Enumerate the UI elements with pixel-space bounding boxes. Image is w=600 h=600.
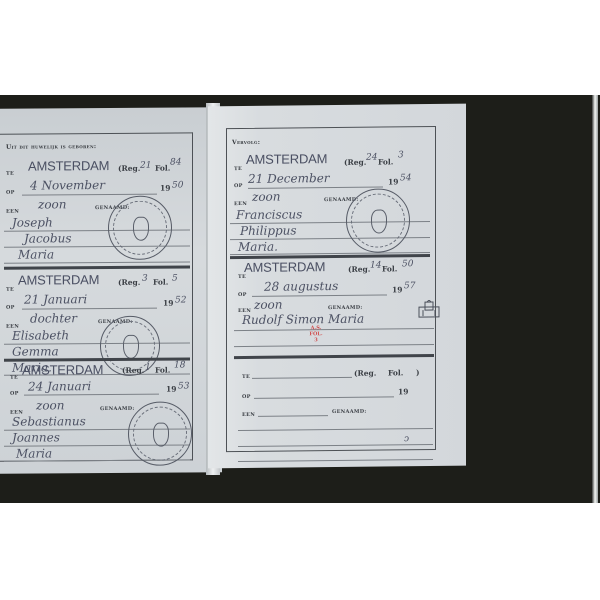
given-name-1: Joseph — [12, 215, 53, 229]
civil-registry-stamp — [128, 401, 192, 465]
red-stamp-line-2: FOL. 3 — [308, 331, 324, 343]
birth-date: 21 Januari — [24, 292, 87, 306]
given-name-1: Elisabeth — [12, 328, 69, 342]
city: AMSTERDAM — [22, 362, 103, 378]
op-label: OP — [6, 305, 15, 311]
fol-label: Fol. — [155, 366, 170, 375]
left-page: Uit dit huwelijk is geboren: TE AMSTERDA… — [0, 107, 222, 474]
genaamd-label: GENAAMD: — [328, 305, 363, 311]
fol-label: Fol. — [388, 368, 403, 377]
reg-number: 21 — [140, 161, 151, 171]
pencil-mark: ↄ — [404, 434, 409, 444]
year: 54 — [400, 173, 411, 183]
op-label: OP — [6, 190, 15, 196]
city: AMSTERDAM — [18, 272, 99, 288]
fol-number: 84 — [170, 158, 181, 168]
reg-label: (Reg. — [348, 265, 370, 274]
crest-icon — [123, 335, 139, 359]
genaamd-label: GENAAMD: — [332, 409, 367, 415]
year: 53 — [178, 381, 189, 391]
given-name-2: Jacobus — [24, 231, 71, 245]
city: AMSTERDAM — [244, 259, 325, 275]
reg-label: (Reg. — [344, 158, 366, 167]
year-prefix: 19 — [398, 387, 408, 396]
given-name-2: Philippus — [240, 223, 297, 238]
te-label: TE — [10, 375, 18, 381]
year-prefix: 19 — [388, 177, 398, 186]
fol-label: Fol. — [378, 157, 393, 166]
reg-label: (Reg. — [118, 164, 140, 173]
te-label: TE — [6, 287, 14, 293]
reg-number: 3 — [142, 274, 148, 284]
sex: zoon — [252, 190, 281, 204]
given-name-2: Joannes — [12, 430, 60, 444]
given-name-2: Gemma — [12, 344, 59, 358]
reg-number: 14 — [370, 261, 381, 271]
te-label: TE — [242, 374, 250, 380]
birth-date: 24 Januari — [28, 379, 91, 393]
year-prefix: 19 — [166, 385, 176, 394]
year: 57 — [404, 281, 415, 291]
left-page-header: Uit dit huwelijk is geboren: — [6, 143, 96, 151]
sex: dochter — [30, 311, 77, 325]
city: AMSTERDAM — [28, 158, 109, 174]
fol-number: 50 — [402, 259, 413, 269]
op-label: OP — [242, 394, 251, 400]
crest-icon — [133, 217, 149, 241]
fol-label: Fol. — [155, 164, 170, 173]
right-page-header: Vervolg: — [232, 139, 260, 146]
birth-date: 21 December — [248, 171, 330, 186]
op-label: OP — [234, 183, 243, 189]
reg-label: (Reg. — [122, 366, 144, 375]
light-edge — [592, 95, 598, 503]
year-prefix: 19 — [160, 184, 170, 193]
civil-registry-stamp — [108, 196, 172, 260]
fol-label: Fol. — [153, 278, 168, 287]
rule — [238, 459, 433, 462]
reg-label: (Reg. — [354, 369, 376, 378]
birth-date: 4 November — [30, 178, 105, 193]
genaamd-label: GENAAMD: — [100, 406, 135, 412]
sex: zoon — [254, 298, 283, 312]
een-label: EEN — [6, 209, 19, 215]
year-prefix: 19 — [392, 285, 402, 294]
coat-of-arms-icon — [418, 300, 440, 318]
te-label: TE — [6, 171, 14, 177]
fol-number: 3 — [398, 150, 404, 160]
fol-number: 5 — [172, 274, 178, 284]
sex: zoon — [36, 398, 65, 412]
reg-label: (Reg. — [118, 278, 140, 287]
year: 50 — [172, 180, 183, 190]
year: 52 — [175, 295, 186, 305]
fol-number: 18 — [174, 360, 185, 370]
een-label: EEN — [242, 412, 255, 418]
given-name-3: Maria. — [238, 240, 278, 254]
right-page: Vervolg: TE AMSTERDAM (Reg. 24 Fol. 3 OP… — [208, 104, 466, 469]
reg-number: 24 — [366, 153, 377, 163]
given-name-1: Sebastianus — [12, 414, 86, 429]
year-prefix: 19 — [163, 299, 173, 308]
given-name-3: Maria — [16, 446, 52, 460]
civil-registry-stamp — [346, 188, 410, 253]
birth-date: 28 augustus — [264, 279, 338, 294]
fol-label: Fol. — [382, 264, 397, 273]
given-name-1: Franciscus — [236, 207, 302, 222]
city: AMSTERDAM — [246, 151, 327, 167]
te-label: TE — [234, 166, 242, 172]
given-name-1: Rudolf Simon Maria — [242, 312, 364, 327]
crest-icon — [153, 423, 169, 447]
close-paren: ) — [416, 368, 420, 377]
crest-icon — [371, 209, 387, 233]
sex: zoon — [38, 197, 67, 211]
op-label: OP — [238, 292, 247, 298]
reg-number: 1 — [145, 363, 151, 373]
op-label: OP — [10, 391, 19, 397]
document-photo: Uit dit huwelijk is geboren: TE AMSTERDA… — [0, 95, 600, 503]
een-label: EEN — [234, 201, 247, 207]
given-name-3: Maria — [18, 247, 54, 261]
red-registry-stamp: A.S. FOL. 3 — [308, 325, 324, 339]
